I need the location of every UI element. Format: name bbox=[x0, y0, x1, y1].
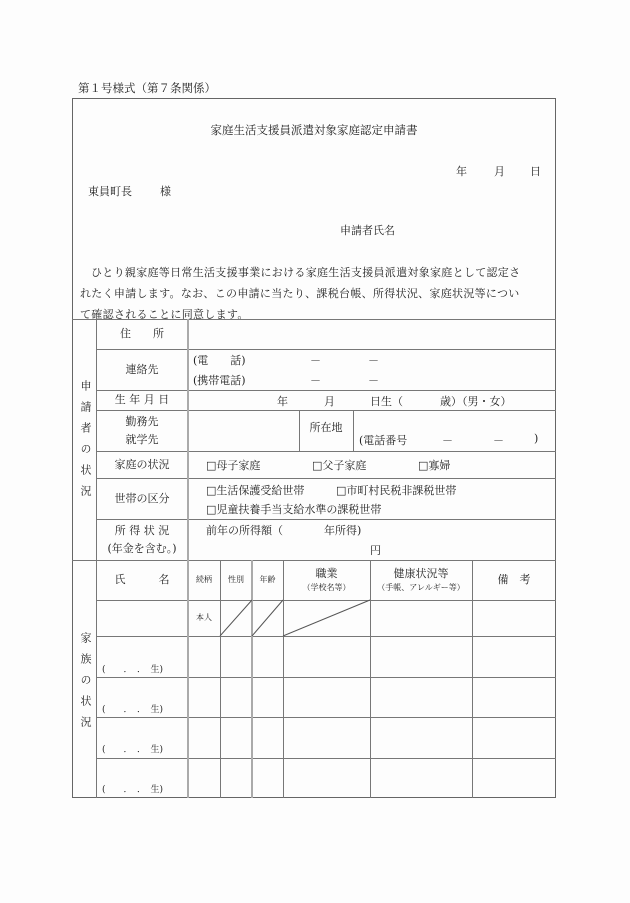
income-year: 年所得) bbox=[324, 522, 361, 538]
header-occupation-sub: （学校名等） bbox=[303, 582, 351, 594]
member-birth: ( ． ． 生) bbox=[102, 662, 163, 675]
income-label: 所 得 状 況 (年金を含む。) bbox=[96, 519, 188, 560]
applicant-name-label: 申請者氏名 bbox=[340, 222, 395, 238]
address-field[interactable] bbox=[189, 320, 555, 349]
work-phone-label: (電話番号 bbox=[359, 432, 407, 448]
phone-label: (電 話) bbox=[193, 352, 246, 368]
header-occupation-main: 職業 bbox=[316, 566, 338, 583]
sex-strike-icon bbox=[220, 600, 252, 636]
phone-dash-2: － bbox=[368, 352, 379, 368]
header-health-main: 健康状況等 bbox=[394, 566, 449, 583]
date-day: 日 bbox=[530, 163, 541, 179]
header-name: 氏 名 bbox=[96, 560, 188, 600]
income-label-1: 所 得 状 況 bbox=[115, 522, 170, 540]
work-phone-dash-2: － bbox=[493, 432, 504, 448]
header-remarks: 備 考 bbox=[472, 560, 556, 600]
form-number: 第１号様式（第７条関係） bbox=[78, 80, 216, 96]
consent-statement: ひとり親家庭等日常生活支援事業における家庭生活支援員派遣対象家庭として認定さ れ… bbox=[80, 262, 550, 325]
workplace-label-1: 勤務先 bbox=[126, 413, 159, 431]
header-health-sub: （手帳、アレルギー等） bbox=[377, 582, 464, 594]
household-label: 世帯の区分 bbox=[96, 478, 188, 519]
statement-line-1: ひとり親家庭等日常生活支援事業における家庭生活支援員派遣対象家庭として認定さ bbox=[80, 262, 550, 283]
addressee-honorific: 様 bbox=[160, 183, 171, 199]
birth-day: 日生（ bbox=[370, 393, 403, 409]
self-relation: 本人 bbox=[188, 600, 220, 636]
member-birth: ( ． ． 生) bbox=[102, 782, 163, 795]
family-status-label: 家庭の状況 bbox=[96, 451, 188, 478]
income-label-2: (年金を含む。) bbox=[107, 540, 176, 558]
header-age: 年齢 bbox=[252, 560, 283, 600]
header-occupation: 職業 （学校名等） bbox=[283, 560, 370, 600]
income-yen: 円 bbox=[370, 542, 381, 558]
self-remarks-field[interactable] bbox=[473, 601, 555, 636]
mobile-dash-2: － bbox=[368, 372, 379, 388]
checkbox-child-allowance[interactable]: □児童扶養手当支給水準の課税世帯 bbox=[206, 501, 381, 517]
workplace-label-2: 就学先 bbox=[126, 431, 159, 449]
birthdate-label: 生 年 月 日 bbox=[96, 390, 188, 410]
mobile-dash-1: － bbox=[310, 372, 321, 388]
workplace-field[interactable] bbox=[189, 411, 299, 451]
contact-label: 連絡先 bbox=[96, 349, 188, 390]
member-birth: ( ． ． 生) bbox=[102, 742, 163, 755]
work-phone-dash-1: － bbox=[442, 432, 453, 448]
checkbox-widow[interactable]: □寡婦 bbox=[418, 457, 450, 473]
date-month: 月 bbox=[494, 163, 505, 179]
occupation-strike-icon bbox=[283, 600, 370, 636]
location-label: 所在地 bbox=[299, 410, 353, 446]
date-year: 年 bbox=[456, 163, 467, 179]
birth-year: 年 bbox=[277, 393, 288, 409]
header-sex: 性別 bbox=[220, 560, 252, 600]
phone-dash-1: － bbox=[310, 352, 321, 368]
header-relation: 続柄 bbox=[188, 560, 220, 600]
checkbox-welfare[interactable]: □生活保護受給世帯 bbox=[206, 482, 304, 498]
checkbox-tax-exempt[interactable]: □市町村民税非課税世帯 bbox=[336, 482, 456, 498]
income-prev-year: 前年の所得額（ bbox=[206, 522, 283, 538]
address-label: 住 所 bbox=[96, 319, 188, 349]
birth-age-sex: 歳）（男・女） bbox=[440, 393, 512, 409]
birth-month: 月 bbox=[324, 393, 335, 409]
checkbox-single-father[interactable]: □父子家庭 bbox=[312, 457, 366, 473]
header-health: 健康状況等 （手帳、アレルギー等） bbox=[370, 560, 472, 600]
self-name-field[interactable] bbox=[97, 601, 187, 636]
family-section-label: 家族の状況 bbox=[77, 632, 93, 742]
mobile-label: (携帯電話) bbox=[193, 372, 246, 388]
member-birth: ( ． ． 生) bbox=[102, 702, 163, 715]
form-title: 家庭生活支援員派遣対象家庭認定申請書 bbox=[72, 122, 556, 138]
checkbox-single-mother[interactable]: □母子家庭 bbox=[206, 457, 260, 473]
self-health-field[interactable] bbox=[371, 601, 471, 636]
work-phone-close: ) bbox=[534, 432, 538, 445]
addressee-name: 東員町長 bbox=[88, 183, 132, 199]
applicant-section-label: 申請者の状況 bbox=[77, 380, 93, 510]
age-strike-icon bbox=[252, 600, 283, 636]
workplace-label: 勤務先 就学先 bbox=[96, 410, 188, 451]
statement-line-2: れたく申請します。なお、この申請に当たり、課税台帳、所得状況、家庭状況等につい bbox=[80, 283, 550, 304]
